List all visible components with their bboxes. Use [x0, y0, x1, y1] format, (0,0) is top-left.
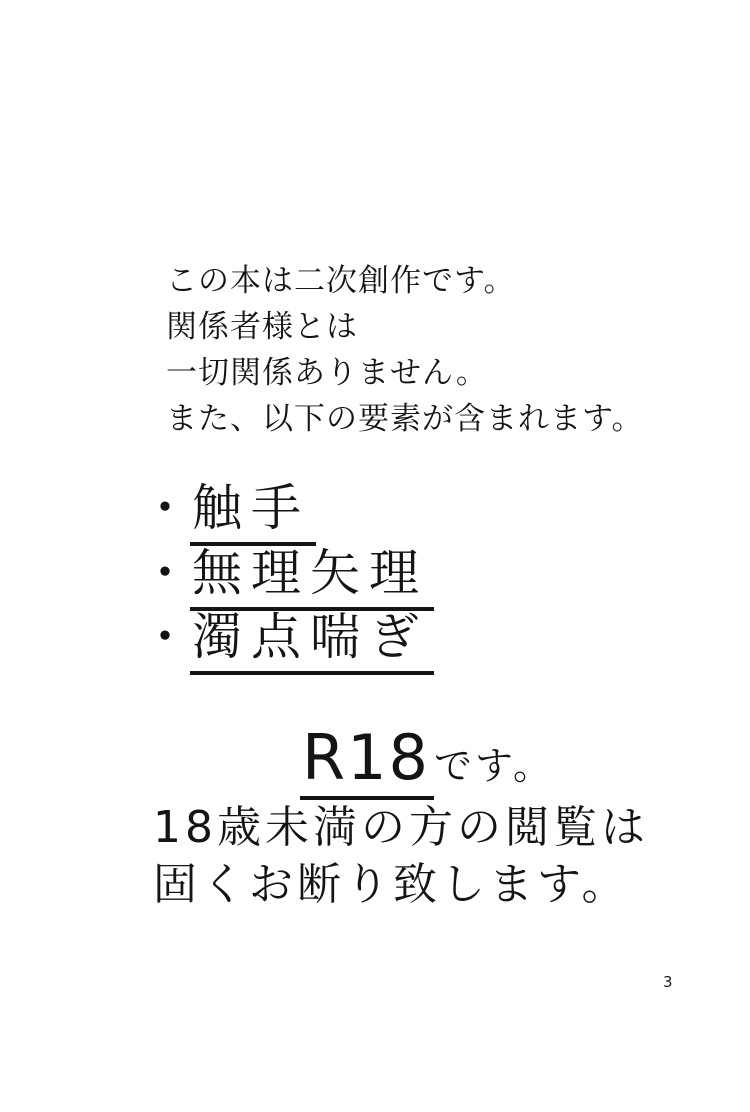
warning-item-forced: ・無理矢理 [140, 547, 434, 600]
page-number: 3 [663, 973, 673, 991]
warning-label: 触手 [190, 479, 316, 546]
bullet-dot-icon: ・ [140, 608, 190, 666]
disclaimer-line-2: 関係者様とは [166, 304, 644, 350]
age-restriction-notice: 18歳未満の方の閲覧は 固くお断り致します。 [153, 799, 649, 913]
warning-label: 無理矢理 [190, 544, 434, 611]
doujinshi-disclaimer-page: この本は二次創作です。 関係者様とは 一切関係ありません。 また、以下の要素が含… [0, 0, 750, 1112]
rating-heading: R18です。 [300, 727, 554, 789]
notice-line-1: 18歳未満の方の閲覧は [153, 799, 649, 856]
bullet-dot-icon: ・ [140, 544, 190, 602]
bullet-dot-icon: ・ [140, 479, 190, 537]
rating-label-r18: R18 [300, 721, 434, 800]
disclaimer-line-1: この本は二次創作です。 [166, 258, 644, 304]
disclaimer-line-4: また、以下の要素が含まれます。 [166, 396, 644, 442]
content-warning-list: ・触手 ・無理矢理 ・濁点喘ぎ [140, 482, 434, 676]
warning-label: 濁点喘ぎ [190, 608, 434, 675]
warning-item-dakuten-moaning: ・濁点喘ぎ [140, 611, 434, 664]
disclaimer-line-3: 一切関係ありません。 [166, 350, 644, 396]
rating-suffix: です。 [434, 744, 554, 788]
notice-line-2: 固くお断り致します。 [153, 856, 649, 913]
disclaimer-paragraph: この本は二次創作です。 関係者様とは 一切関係ありません。 また、以下の要素が含… [166, 258, 644, 442]
warning-item-tentacles: ・触手 [140, 482, 434, 535]
